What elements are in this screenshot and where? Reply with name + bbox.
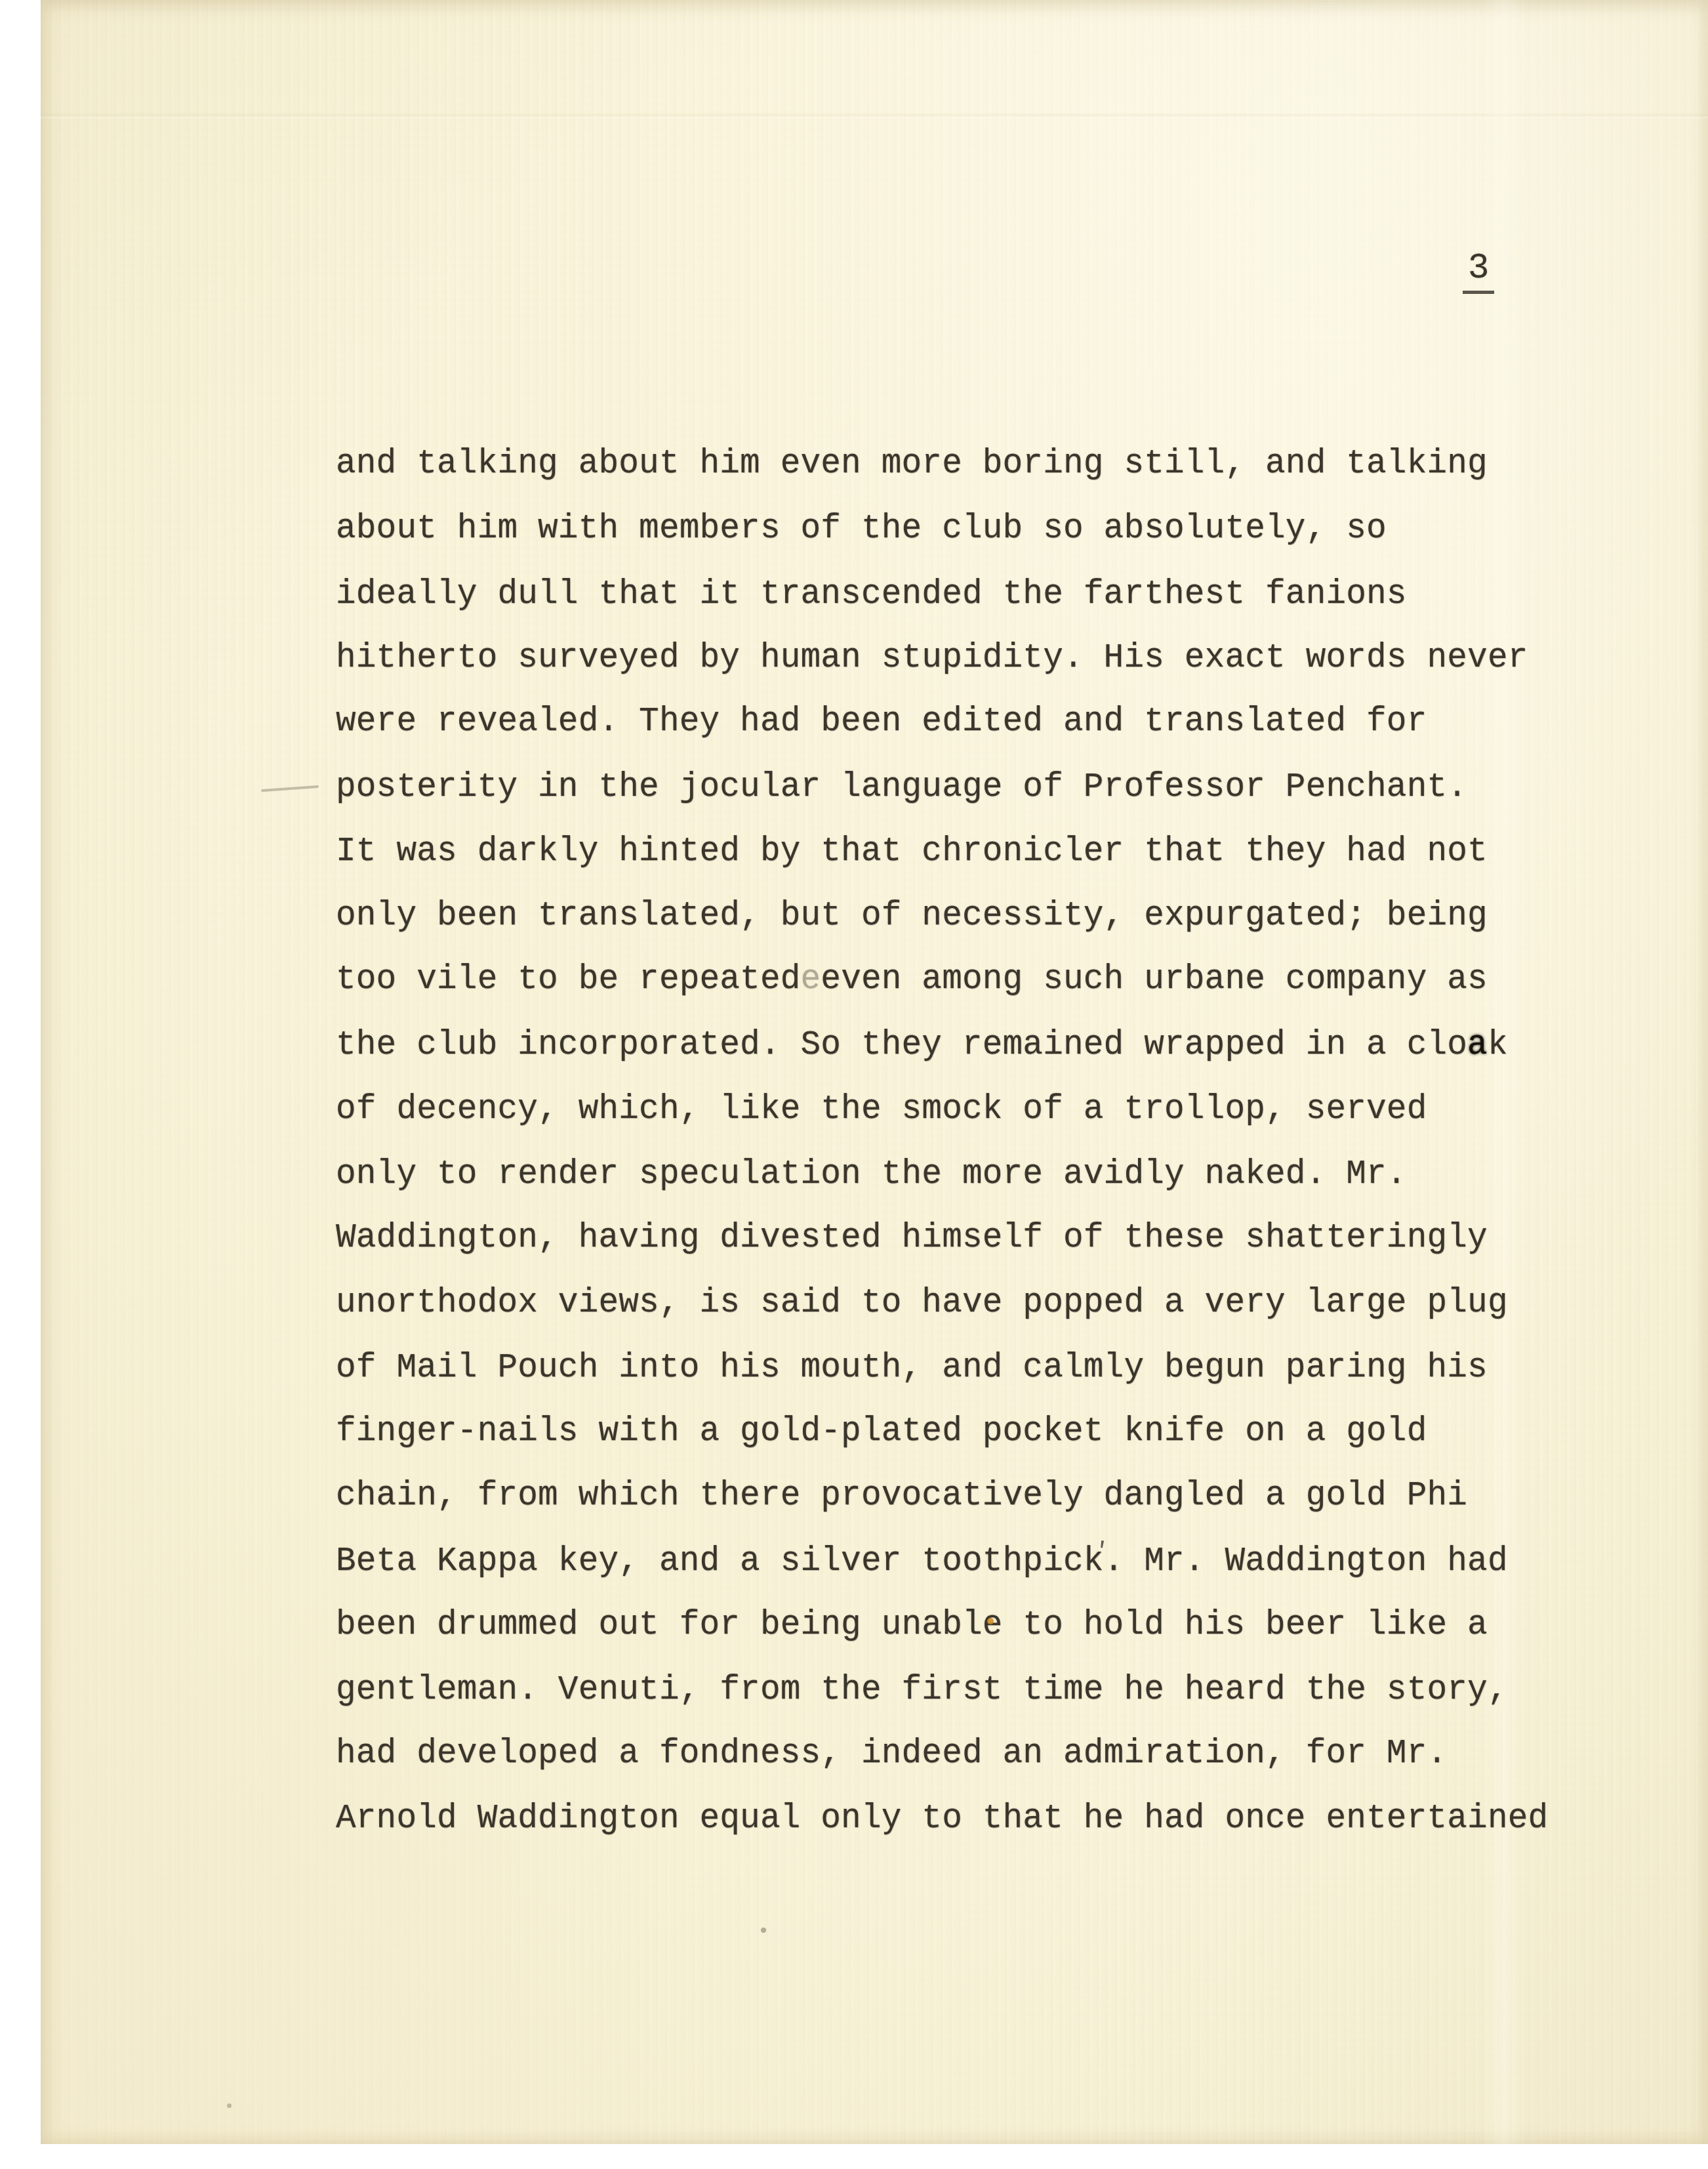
page-number: 3 — [1463, 251, 1494, 294]
paper-speck — [227, 2103, 232, 2108]
typescript-line: posterity in the jocular language of Pro… — [336, 756, 1621, 820]
typescript-line: Arnold Waddington equal only to that he … — [336, 1787, 1621, 1851]
typed-text: of decency, which, like the smock of a t… — [336, 1091, 1427, 1128]
typescript-line: been drummed out for being unable to hol… — [336, 1594, 1621, 1658]
typed-text: gentleman. Venuti, from the first time h… — [336, 1672, 1508, 1709]
typed-text: too vile to be repeated — [336, 962, 801, 999]
typed-text: and talking about him even more boring s… — [336, 445, 1488, 483]
typescript-line: Beta Kappa key, and a silver toothpick. … — [336, 1530, 1621, 1594]
typed-text: about him with members of the club so ab… — [336, 510, 1387, 548]
typed-text: k — [1488, 1027, 1508, 1064]
typescript-line: had developed a fondness, indeed an admi… — [336, 1722, 1621, 1787]
typed-text: Beta Kappa key, and a silver toothpick. … — [336, 1543, 1508, 1580]
typed-text: Waddington, having divested himself of t… — [336, 1220, 1488, 1257]
typescript-line: only to render speculation the more avid… — [336, 1143, 1621, 1207]
paper-crease — [41, 113, 1708, 119]
typescript-line: It was darkly hinted by that chronicler … — [336, 820, 1621, 884]
typed-text: Arnold Waddington equal only to that he … — [336, 1800, 1548, 1838]
typescript-line: of Mail Pouch into his mouth, and calmly… — [336, 1336, 1621, 1401]
pencil-dash-mark — [261, 785, 319, 792]
typed-text: had developed a fondness, indeed an admi… — [336, 1735, 1447, 1773]
paper-speck — [761, 1928, 766, 1933]
typed-text: unorthodox views, is said to have popped… — [336, 1285, 1508, 1322]
typescript-line: hitherto surveyed by human stupidity. Hi… — [336, 627, 1621, 691]
typed-text: ideally dull that it transcended the far… — [336, 575, 1407, 613]
blot-char: a — [1467, 1027, 1488, 1064]
ghost-char: e — [801, 962, 821, 999]
typescript-line: Waddington, having divested himself of t… — [336, 1207, 1621, 1271]
typescript-line: of decency, which, like the smock of a t… — [336, 1078, 1621, 1142]
typescript-line: chain, from which there provocatively da… — [336, 1464, 1621, 1529]
typescript-line: were revealed. They had been edited and … — [336, 691, 1621, 755]
typescript-line: finger-nails with a gold-plated pocket k… — [336, 1400, 1621, 1464]
typescript-line: ideally dull that it transcended the far… — [336, 562, 1621, 627]
typed-text: only to render speculation the more avid… — [336, 1156, 1407, 1193]
typed-text: been drummed out for being unable to hol… — [336, 1607, 1488, 1644]
typescript-page: 3 and talking about him even more boring… — [41, 0, 1708, 2144]
typescript-line: too vile to be repeatedeeven among such … — [336, 949, 1621, 1013]
typed-text: chain, from which there provocatively da… — [336, 1477, 1467, 1515]
typescript-line: and talking about him even more boring s… — [336, 432, 1621, 497]
typed-text: hitherto surveyed by human stupidity. Hi… — [336, 640, 1528, 677]
paper-speck — [987, 1618, 994, 1624]
typed-text: only been translated, but of necessity, … — [336, 898, 1488, 935]
typed-text: posterity in the jocular language of Pro… — [336, 769, 1467, 806]
typescript-line: gentleman. Venuti, from the first time h… — [336, 1659, 1621, 1723]
typed-text: of Mail Pouch into his mouth, and calmly… — [336, 1350, 1488, 1387]
typescript-line: unorthodox views, is said to have popped… — [336, 1271, 1621, 1336]
typescript-line: the club incorporated. So they remained … — [336, 1014, 1621, 1078]
typescript-line: about him with members of the club so ab… — [336, 497, 1621, 562]
typescript-text-block: and talking about him even more boring s… — [336, 433, 1621, 1852]
typed-text: the club incorporated. So they remained … — [336, 1027, 1467, 1064]
typed-text: even among such urbane company as — [821, 962, 1488, 999]
typed-text: It was darkly hinted by that chronicler … — [336, 833, 1488, 871]
typescript-line: only been translated, but of necessity, … — [336, 884, 1621, 949]
scan-background: 3 and talking about him even more boring… — [0, 0, 1708, 2169]
typed-text: finger-nails with a gold-plated pocket k… — [336, 1413, 1427, 1451]
typed-text: were revealed. They had been edited and … — [336, 704, 1427, 741]
